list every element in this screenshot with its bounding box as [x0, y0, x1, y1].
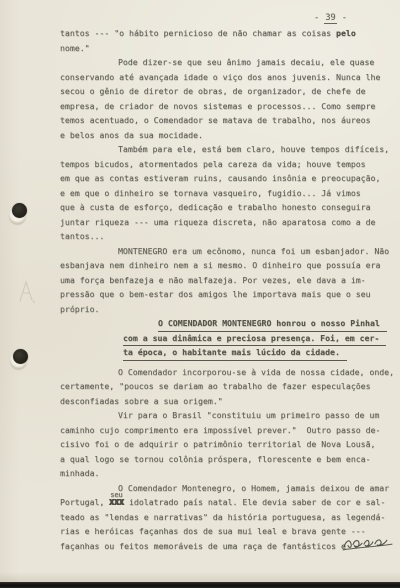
hole-punch-bottom	[13, 349, 28, 364]
underlined-heading-line: ta época, o habitante mais lúcido da cid…	[60, 345, 394, 360]
correction-inserted-word: seu	[110, 488, 122, 503]
typed-correction: seuXXX	[109, 495, 124, 510]
page-number-value: 39	[324, 13, 336, 24]
text-line: caminho cujo comprimento era impossível …	[60, 423, 394, 438]
page-number: - 39 -	[314, 13, 347, 23]
text-line: pressão que o bem-estar dos amigos lhe i…	[60, 287, 394, 302]
text-line: MONTENEGRO era um ecônomo, nunca foi um …	[60, 244, 394, 259]
text-segment: idolatrado país natal. Ele devia saber d…	[124, 497, 385, 507]
document-page: - 39 - tantos --- "o hábito pernicioso d…	[0, 0, 400, 582]
text-line: desconfiadas sobre a sua origem."	[60, 394, 394, 409]
text-line: temos acentuado, o Comendador se matava …	[60, 113, 394, 128]
heading-text: O COMENDADOR MONTENEGRO honrou o nosso P…	[158, 316, 387, 332]
text-line: teado as "lendas e narrativas" da histór…	[60, 510, 394, 525]
text-line: conservando até avançada idade o viço do…	[60, 70, 394, 85]
text-line: em que as contas estiveram ruins, causan…	[60, 171, 394, 186]
heading-text: ta época, o habitante mais lúcido da cid…	[123, 345, 347, 361]
text-line: cisivo foi o de adquirir o patrimônio te…	[60, 437, 394, 452]
text-line: Também para ele, está bem claro, houve t…	[60, 142, 394, 157]
text-line: esbanjava nem dinheiro nem a si mesmo. O…	[60, 258, 394, 273]
text-line: próprio.	[60, 302, 394, 317]
text-line: tantos...	[60, 229, 394, 244]
text-line: Pode dizer-se que seu ânimo jamais decai…	[60, 55, 394, 70]
page-number-suffix: -	[337, 13, 347, 23]
text-line: certamente, "poucos se dariam ao trabalh…	[60, 379, 394, 394]
underlined-heading-line: com a sua dinâmica e preciosa presença. …	[60, 331, 394, 346]
hole-punch-top	[12, 203, 27, 218]
underlined-heading-line: O COMENDADOR MONTENEGRO honrou o nosso P…	[60, 316, 394, 331]
heading-text: com a sua dinâmica e preciosa presença. …	[123, 331, 386, 347]
text-line: nome."	[60, 41, 394, 56]
text-line: empresa, de criador de novos sistemas e …	[60, 99, 394, 114]
text-segment: Portugal,	[60, 497, 109, 507]
text-line: uma força benfazeja e não malfazeja. Por…	[60, 273, 394, 288]
text-line: minhada.	[60, 466, 394, 481]
page-number-prefix: -	[314, 13, 324, 23]
text-line: que à custa de esforço, dedicação e trab…	[60, 200, 394, 215]
scan-edge	[0, 582, 400, 588]
text-line: e em que o dinheiro se tornava vasqueiro…	[60, 186, 394, 201]
text-segment: tantos --- "o hábito pernicioso de não c…	[60, 28, 336, 38]
text-line: e belos anos da sua mocidade.	[60, 128, 394, 143]
text-line: Vir para o Brasil "constituiu um primeir…	[60, 408, 394, 423]
paper-blemish	[15, 277, 39, 305]
text-line: secou o gênio de diretor de obras, de or…	[60, 84, 394, 99]
handwritten-annotation	[341, 534, 396, 554]
text-line: a qual logo se tornou colônia próspera, …	[60, 452, 394, 467]
text-line: juntar riqueza --- uma riqueza discreta,…	[60, 215, 394, 230]
bold-text-segment: pelo	[336, 28, 356, 38]
text-line: O Comendador incorporou-se à vida de nos…	[60, 365, 394, 380]
text-line: Portugal, seuXXX idolatrado país natal. …	[60, 495, 394, 510]
text-line: tantos --- "o hábito pernicioso de não c…	[60, 26, 394, 41]
typewritten-text-block: tantos --- "o hábito pernicioso de não c…	[60, 26, 394, 553]
text-line: tempos bicudos, atormentados pela careza…	[60, 157, 394, 172]
